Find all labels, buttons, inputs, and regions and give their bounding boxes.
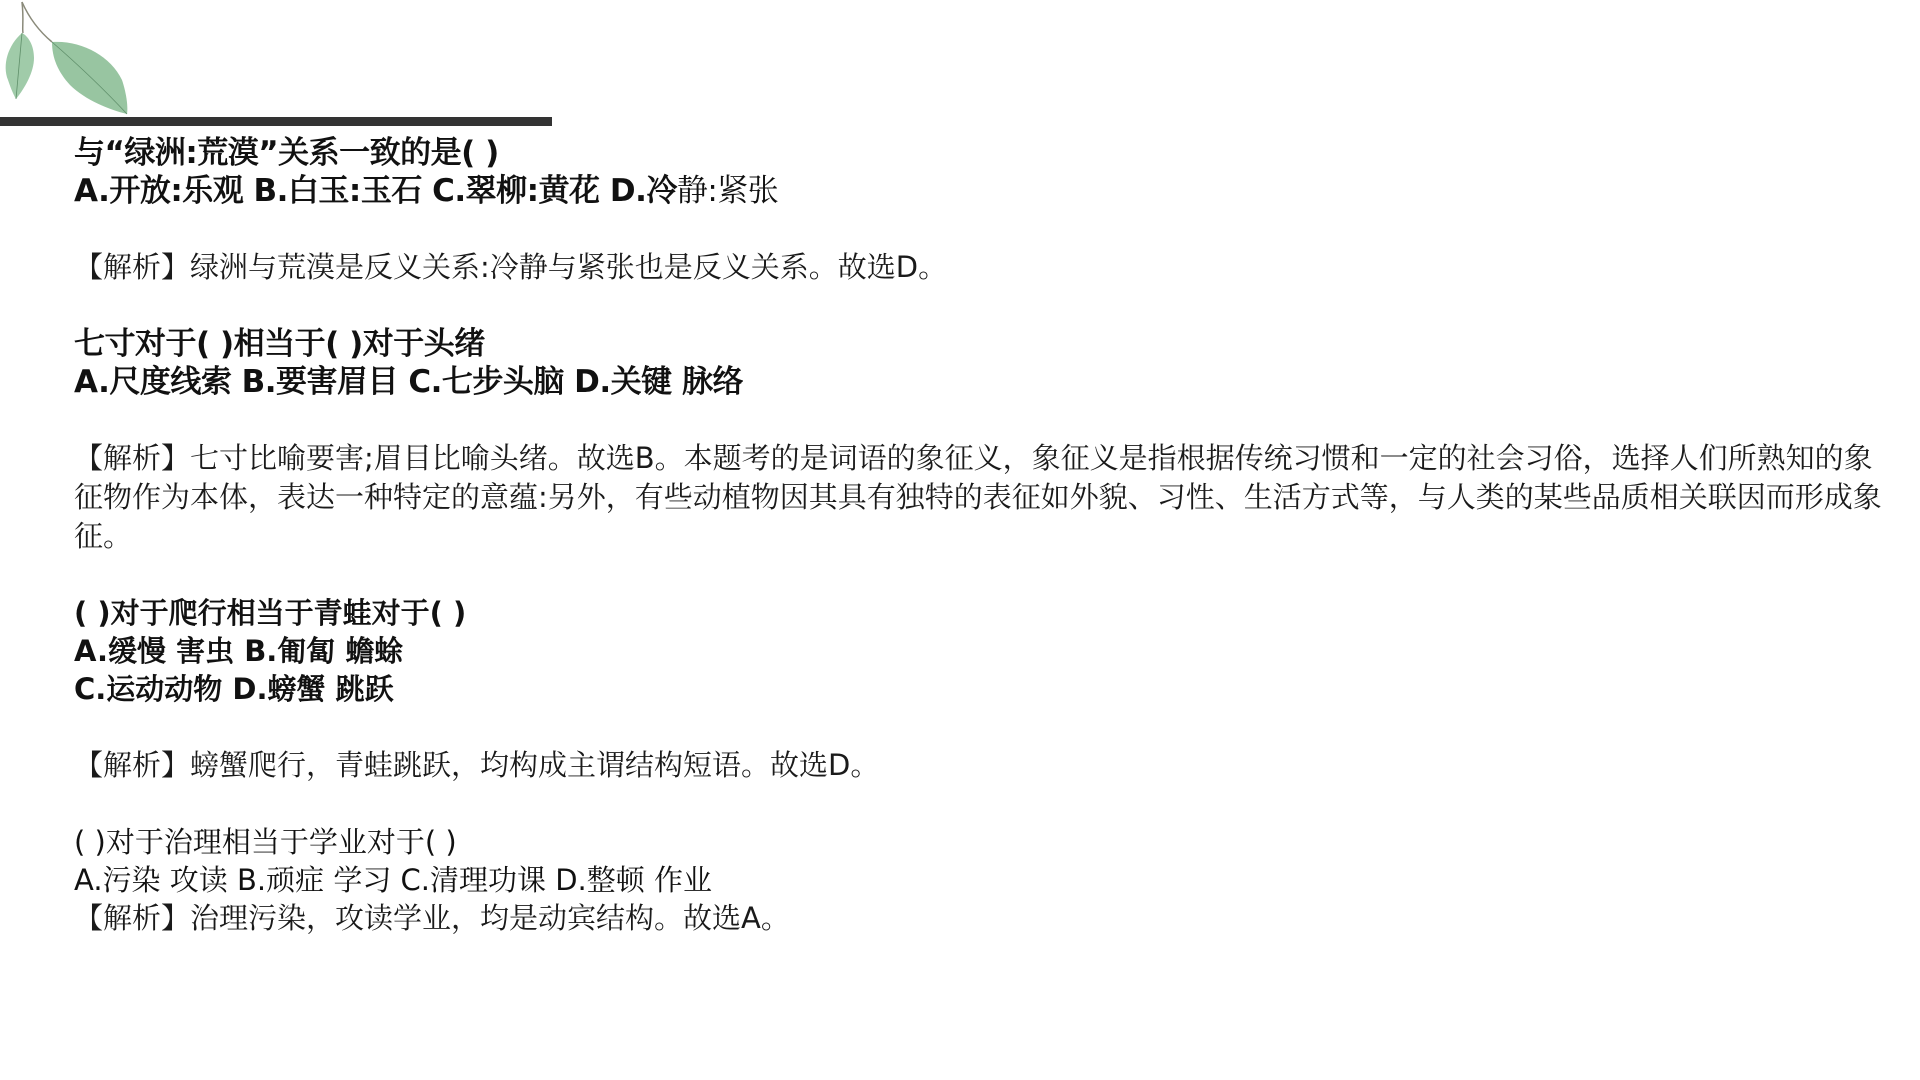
question-2-stem: 七寸对于( )相当于( )对于头绪: [74, 325, 1894, 363]
document-body: 与“绿洲:荒漠”关系一致的是( ) A.开放:乐观 B.白玉:玉石 C.翠柳:黄…: [74, 134, 1894, 938]
header-divider-bar: [0, 117, 552, 126]
question-3-options-1: A.缓慢 害虫 B.匍匐 蟾蜍: [74, 632, 1894, 670]
question-2-options: A.尺度线索 B.要害眉目 C.七步头脑 D.关键 脉络: [74, 363, 1894, 401]
question-1-stem: 与“绿洲:荒漠”关系一致的是( ): [74, 134, 1894, 172]
question-4-options: A.污染 攻读 B.顽症 学习 C.清理功课 D.整顿 作业: [74, 861, 1894, 899]
leaf-decoration-icon: [0, 0, 140, 120]
question-2-analysis: 【解析】七寸比喻要害;眉目比喻头绪。故选B。本题考的是词语的象征义，象征义是指根…: [74, 439, 1894, 556]
question-3-analysis: 【解析】螃蟹爬行，青蛙跳跃，均构成主谓结构短语。故选D。: [74, 746, 1894, 785]
question-3-options-2: C.运动动物 D.螃蟹 跳跃: [74, 670, 1894, 708]
question-1-options: A.开放:乐观 B.白玉:玉石 C.翠柳:黄花 D.冷静:紧张: [74, 172, 1894, 210]
question-1-analysis: 【解析】绿洲与荒漠是反义关系:冷静与紧张也是反义关系。故选D。: [74, 248, 1894, 287]
question-4-stem: ( )对于治理相当于学业对于( ): [74, 823, 1894, 861]
question-3-stem: ( )对于爬行相当于青蛙对于( ): [74, 594, 1894, 632]
question-4-analysis: 【解析】治理污染，攻读学业，均是动宾结构。故选A。: [74, 899, 1894, 938]
